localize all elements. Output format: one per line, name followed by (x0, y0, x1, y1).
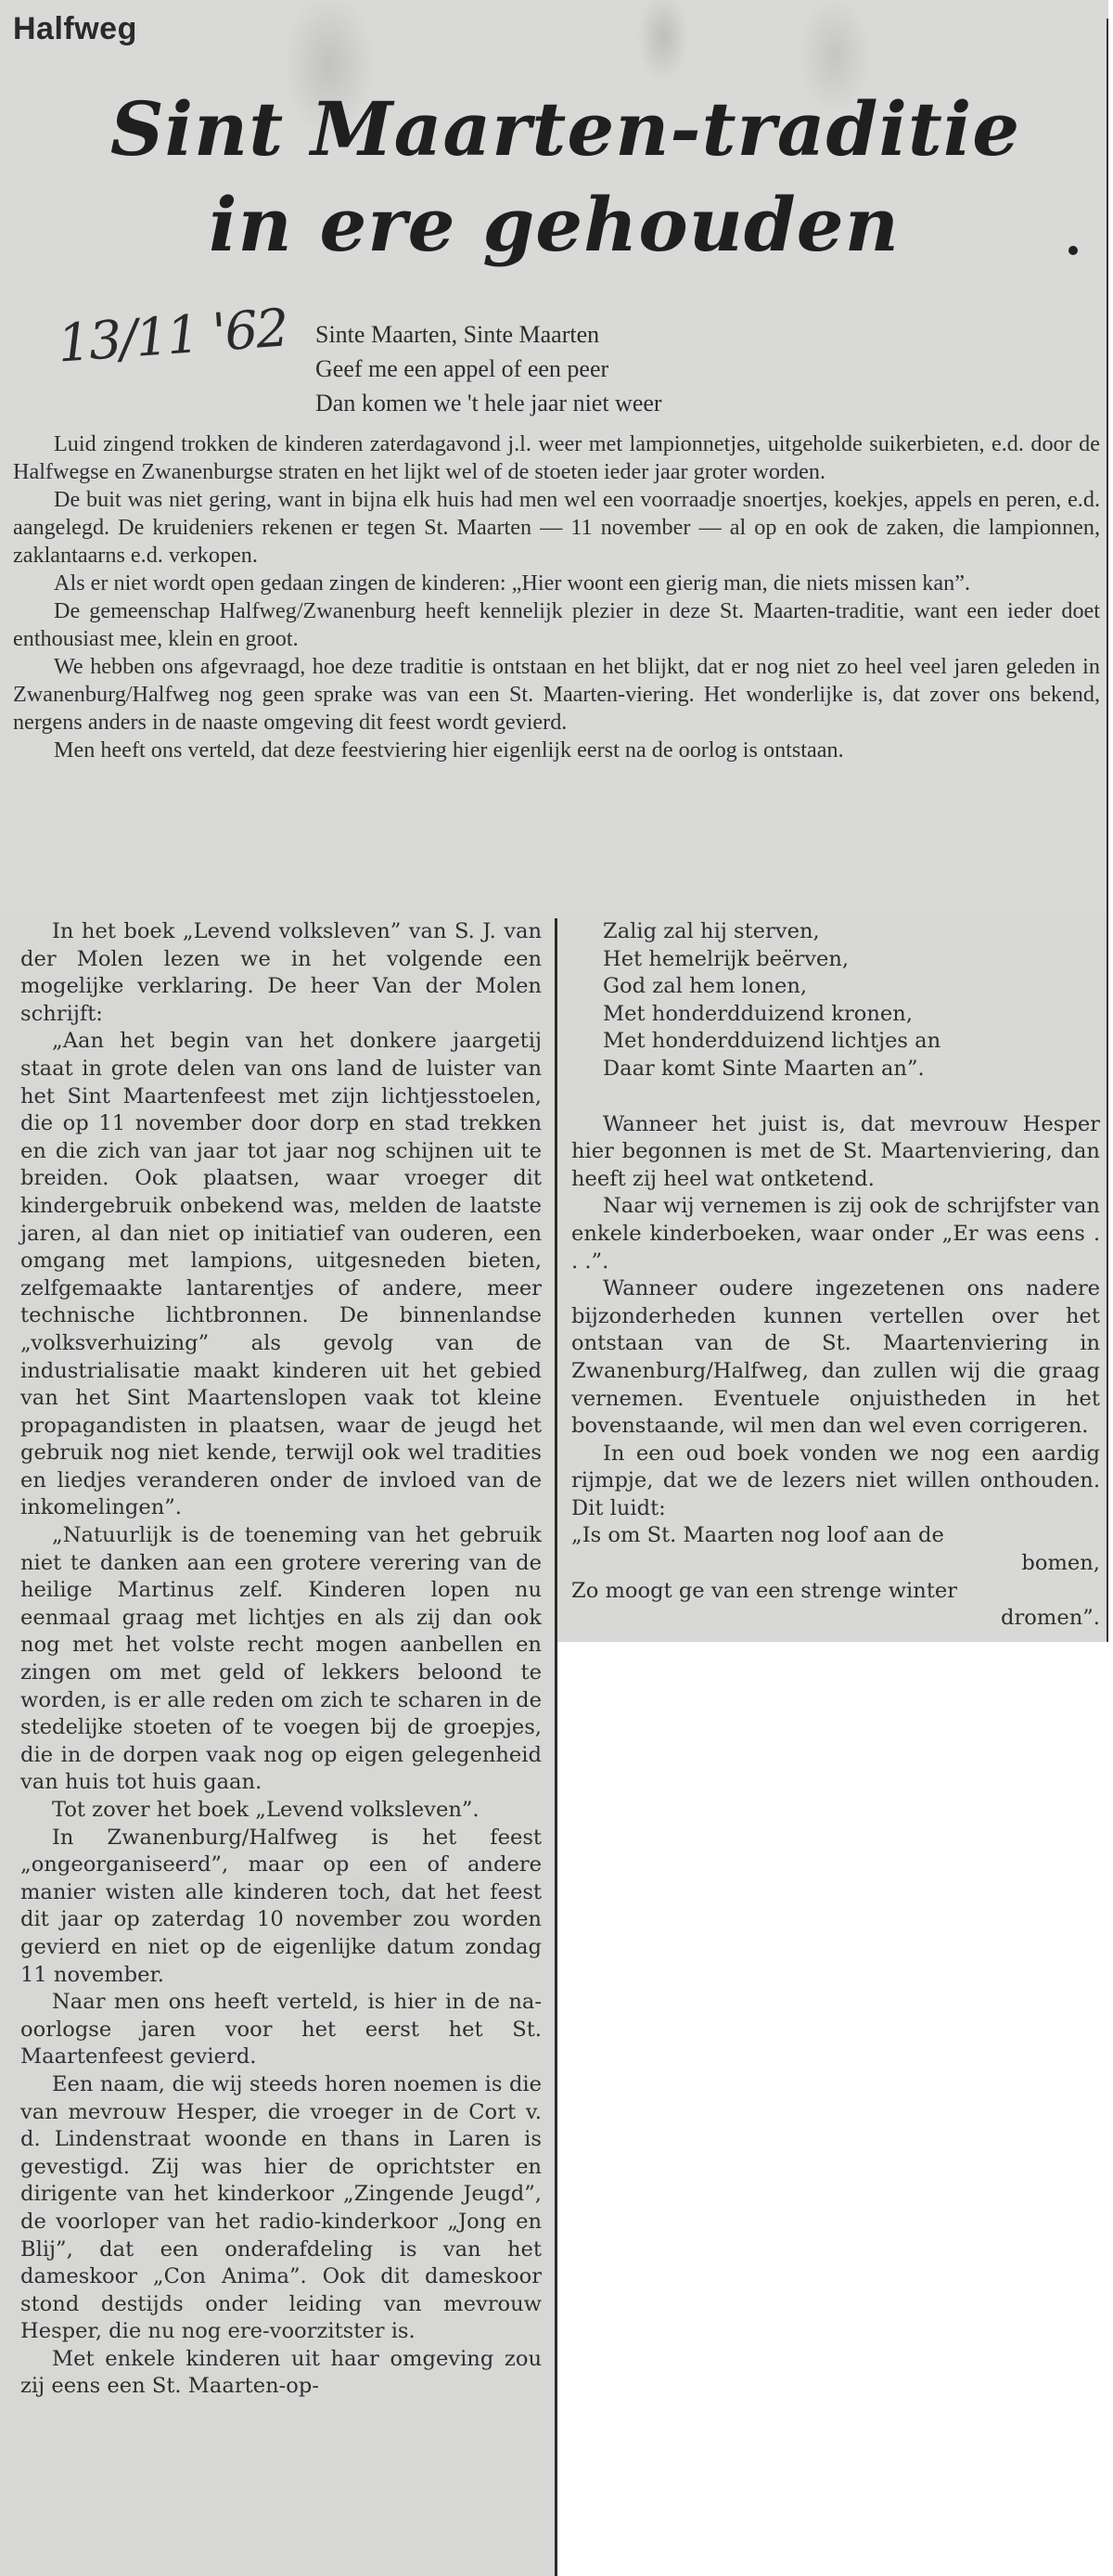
rhyme-line: dromen”. (571, 1605, 1100, 1633)
paragraph: Luid zingend trokken de kinderen zaterda… (13, 430, 1100, 486)
paragraph: Naar wij vernemen is zij ook de schrijfs… (571, 1193, 1100, 1275)
rhyme-line: „Is om St. Maarten nog loof aan de (571, 1522, 1100, 1550)
opening-verse: Sinte Maarten, Sinte Maarten Geef me een… (315, 317, 662, 420)
poem-line: God zal hem lonen, (571, 973, 1100, 1001)
poem-line: Met honderdduizend lichtjes an (571, 1028, 1100, 1056)
paragraph: Een naam, die wij steeds horen noemen is… (20, 2071, 542, 2346)
paragraph: De gemeenschap Halfweg/Zwanenburg heeft … (13, 597, 1100, 653)
verse-line: Dan komen we 't hele jaar niet weer (315, 386, 662, 420)
poem-line: Het hemelrijk beërven, (571, 946, 1100, 974)
headline-line-1: Sint Maarten-traditie (0, 85, 1113, 173)
verse-line: Geef me een appel of een peer (315, 352, 662, 386)
poem-line: Zalig zal hij sterven, (571, 918, 1100, 946)
paragraph: We hebben ons afgevraagd, hoe deze tradi… (13, 653, 1100, 737)
paragraph: Als er niet wordt open gedaan zingen de … (13, 570, 1100, 597)
poem-line: Daar komt Sinte Maarten an”. (571, 1056, 1100, 1083)
paragraph: Tot zover het boek „Levend volksleven”. (20, 1797, 542, 1825)
spacer (571, 1083, 1100, 1111)
rhyme-line: bomen, (571, 1550, 1100, 1578)
paragraph: Wanneer het juist is, dat mevrouw Hesper… (571, 1111, 1100, 1194)
page: Halfweg Sint Maarten-traditie in ere geh… (0, 0, 1113, 2576)
paragraph: De buit was niet gering, want in bijna e… (13, 486, 1100, 570)
intro-text: Luid zingend trokken de kinderen zaterda… (13, 430, 1100, 764)
paragraph: In Zwanenburg/Halfweg is het feest „onge… (20, 1825, 542, 1990)
rhyme-line: Zo moogt ge van een strenge winter (571, 1578, 1100, 1606)
paragraph: Met enkele kinderen uit haar omgeving zo… (20, 2346, 542, 2401)
paragraph: Men heeft ons verteld, dat deze feestvie… (13, 737, 1100, 764)
paragraph: „Natuurlijk is de toeneming van het gebr… (20, 1522, 542, 1797)
right-column: Zalig zal hij sterven, Het hemelrijk beë… (571, 918, 1100, 1633)
headline-period-mark (1068, 246, 1078, 255)
paragraph: „Aan het begin van het donkere jaargetij… (20, 1028, 542, 1522)
paragraph: Wanneer oudere ingezetenen ons nadere bi… (571, 1275, 1100, 1441)
paragraph: In het boek „Levend volksleven” van S. J… (20, 918, 542, 1028)
paragraph: Naar men ons heeft verteld, is hier in d… (20, 1989, 542, 2071)
left-column: In het boek „Levend volksleven” van S. J… (20, 918, 542, 2401)
headline-line-2: in ere gehouden (0, 181, 1108, 268)
column-divider-rule (555, 918, 557, 2576)
kicker-location: Halfweg (13, 11, 137, 47)
paragraph: In een oud boek vonden we nog een aardig… (571, 1441, 1100, 1523)
verse-line: Sinte Maarten, Sinte Maarten (315, 317, 662, 352)
poem-line: Met honderdduizend kronen, (571, 1001, 1100, 1029)
